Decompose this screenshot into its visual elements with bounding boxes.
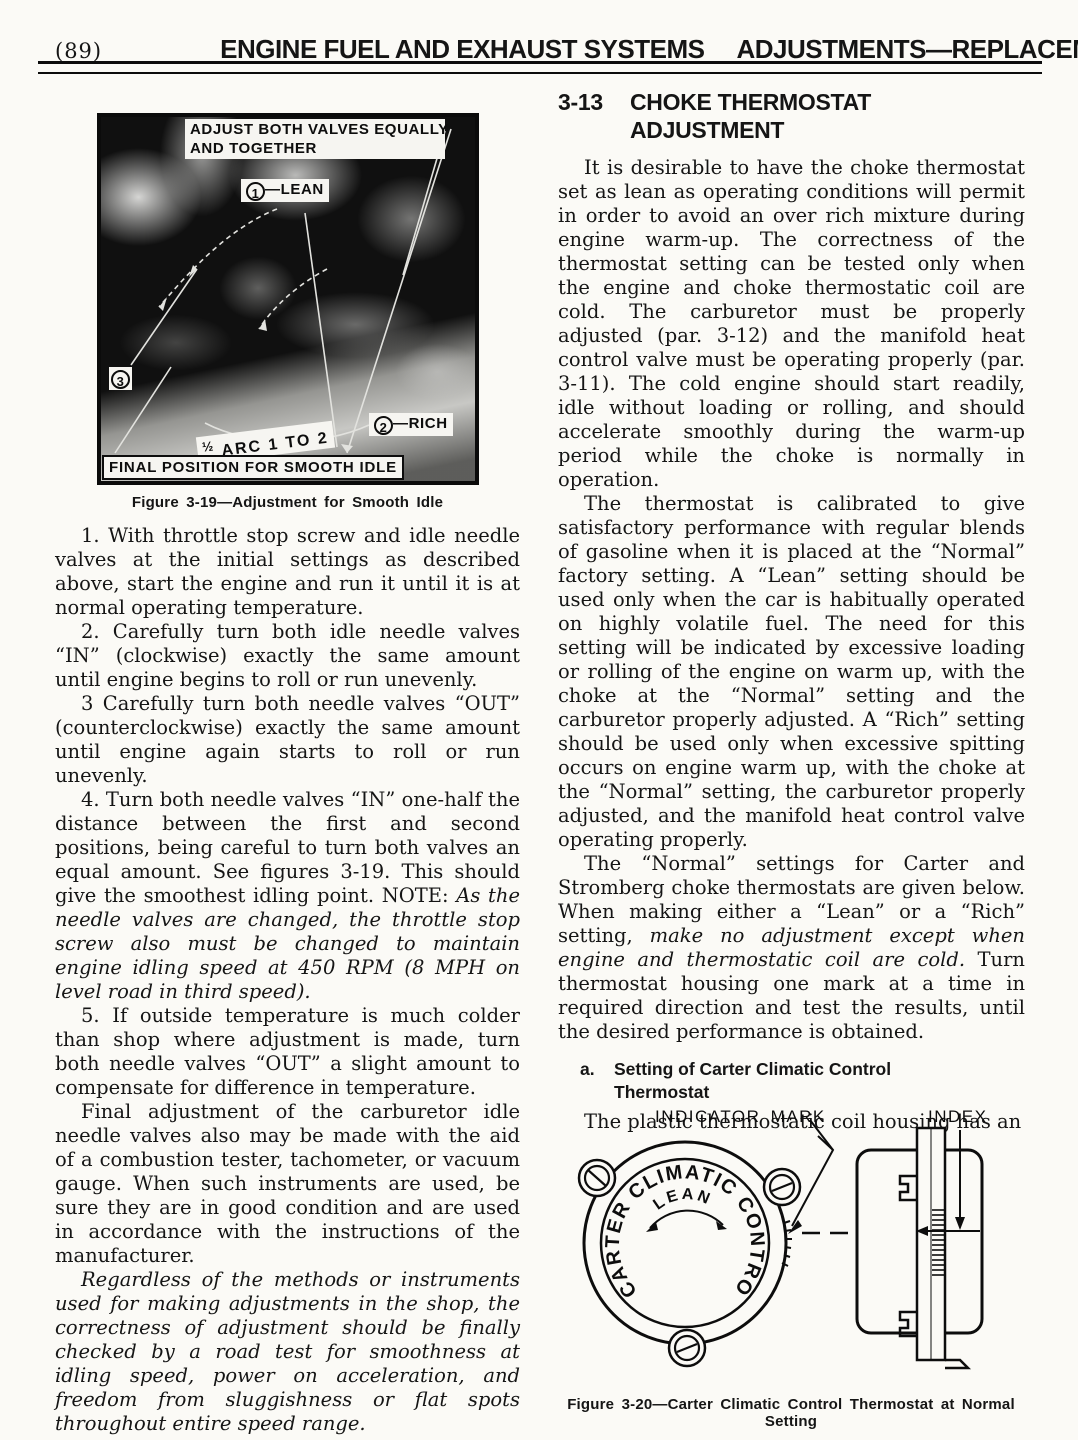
label-lean: 1—LEAN [241, 179, 329, 202]
paragraph: 4. Turn both needle valves “IN” one-half… [55, 788, 520, 1004]
label-adjust-both-valves: ADJUST BOTH VALVES EQUALLY AND TOGETHER [185, 119, 445, 159]
paragraph: The thermostat is calibrated to give sat… [558, 492, 1025, 852]
index-label: INDEX [928, 1107, 987, 1126]
section-title-line1: CHOKE THERMOSTAT [630, 88, 871, 116]
figure-3-20-caption: Figure 3-20—Carter Climatic Control Ther… [552, 1396, 1030, 1430]
label-rich: 2—RICH [369, 413, 453, 436]
label-lean-text: —LEAN [265, 181, 324, 198]
figure-3-19-photo: ADJUST BOTH VALVES EQUALLY AND TOGETHER … [97, 113, 479, 485]
left-column: 1. With throttle stop screw and idle nee… [55, 524, 520, 1436]
section-heading: 3-13 CHOKE THERMOSTAT ADJUSTMENT [558, 88, 1025, 144]
thermostat-housing-side [857, 1128, 982, 1368]
paragraph: The “Normal” settings for Carter and Str… [558, 852, 1025, 1044]
figure-3-20-drawing: INDICATOR MARK INDEX [560, 1098, 1026, 1390]
circled-3-icon: 3 [111, 370, 130, 389]
paragraph: 1. With throttle stop screw and idle nee… [55, 524, 520, 620]
figure-3-19-caption: Figure 3-19—Adjustment for Smooth Idle [55, 494, 520, 511]
label-final-position: FINAL POSITION FOR SMOOTH IDLE [102, 455, 404, 480]
paragraph: It is desirable to have the choke thermo… [558, 156, 1025, 492]
circled-1-icon: 1 [246, 182, 265, 201]
label-rich-text: —RICH [393, 415, 448, 432]
manual-page: (89) ENGINE FUEL AND EXHAUST SYSTEMS ADJ… [0, 0, 1078, 1440]
indicator-mark-label: INDICATOR MARK [655, 1107, 826, 1126]
section-title-line2: ADJUSTMENT [630, 116, 1025, 144]
indicator-pointer-line [792, 1120, 833, 1226]
right-column-body: It is desirable to have the choke thermo… [558, 156, 1025, 1044]
paragraph: 3 Carefully turn both needle valves “OUT… [55, 692, 520, 788]
subsection-label: a. [580, 1058, 614, 1081]
circled-2-icon: 2 [374, 416, 393, 435]
label-adjust-line2: AND TOGETHER [190, 140, 317, 157]
paragraph: Final adjustment of the carburetor idle … [55, 1100, 520, 1268]
paragraph: Regardless of the methods or instruments… [55, 1268, 520, 1436]
label-arc-fraction: ½ [201, 438, 216, 454]
section-number: 3-13 [558, 88, 630, 116]
subsection-title-line1: Setting of Carter Climatic Control [614, 1058, 891, 1081]
label-adjust-line1: ADJUST BOTH VALVES EQUALLY [190, 121, 449, 138]
label-three: 3 [109, 367, 132, 390]
thermostat-housing-front: CARTER CLIMATIC CONTROL LEAN [560, 1098, 800, 1366]
right-column: 3-13 CHOKE THERMOSTAT ADJUSTMENT It is d… [558, 88, 1025, 1134]
paragraph: 5. If outside temperature is much colder… [55, 1004, 520, 1100]
paragraph: 2. Carefully turn both idle needle valve… [55, 620, 520, 692]
header-rule [38, 61, 1042, 74]
left-page-number: (89) [55, 39, 102, 63]
